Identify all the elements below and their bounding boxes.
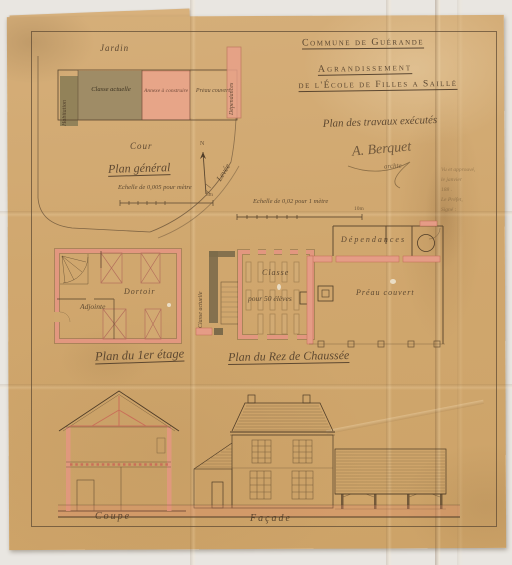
preau-roof-shading xyxy=(336,452,445,491)
court-wall-dark xyxy=(214,328,223,335)
approval-line: 188 . xyxy=(441,186,503,196)
label-dependances-general: Dépendances xyxy=(229,53,235,115)
caption-rez-de-chaussee: Plan du Rez de Chaussée xyxy=(228,348,350,365)
stairs-steps xyxy=(221,287,240,317)
plot-boundary xyxy=(231,118,236,162)
section-wall-right xyxy=(167,427,172,511)
premier-etage-drawing xyxy=(54,249,182,344)
main-roof-shading xyxy=(234,406,331,430)
label-adjointe: Adjointe xyxy=(80,302,105,311)
wing-body xyxy=(194,469,232,508)
section-wall-left xyxy=(66,427,71,511)
caption-premier-etage: Plan du 1er étage xyxy=(95,346,185,364)
label-preau-rez: Préau couvert xyxy=(356,288,415,297)
rez-de-chaussee-drawing xyxy=(196,214,445,347)
coupe-drawing xyxy=(58,391,186,511)
label-dortoir: Dortoir xyxy=(124,287,155,296)
pillar xyxy=(318,286,333,301)
title-agrandissement: Agrandissement xyxy=(300,62,430,75)
label-habitation: Habitation xyxy=(62,80,68,126)
facade-drawing xyxy=(58,395,460,517)
label-dependances-rez: Dépendances xyxy=(341,235,406,244)
spiral-stair xyxy=(60,254,88,284)
chimney xyxy=(248,395,255,403)
wing-door xyxy=(212,482,223,508)
well-circle xyxy=(418,235,435,252)
approval-line: Signé : xyxy=(441,206,503,216)
label-capacite: pour 50 élèves xyxy=(248,294,292,303)
caption-plan-general: Plan général xyxy=(108,160,171,177)
door-swing xyxy=(429,228,440,239)
label-classe-actuelle-general: Classe actuelle xyxy=(82,86,140,93)
scale-end-general: 5m xyxy=(206,192,213,198)
classe-actuelle-block xyxy=(78,71,142,120)
pillar-inner xyxy=(322,290,329,297)
scale-end-detail: 10m xyxy=(354,206,364,212)
main-body xyxy=(232,435,333,508)
prefect-approval-note: Vu et approuvé, le janvier 188 . Le Préf… xyxy=(441,166,503,215)
scale-label-detail: Echelle de 0,02 pour 1 mètre xyxy=(253,198,328,205)
label-annexe: Annexe à construire xyxy=(141,88,191,94)
section-window xyxy=(157,438,165,453)
floor1-cross-boxes xyxy=(101,253,161,339)
scale-label-general: Echelle de 0,005 pour mètre xyxy=(118,184,192,191)
preau-roof-outline xyxy=(335,449,446,494)
title-commune: Commune de Guérande xyxy=(283,36,443,48)
post-braces xyxy=(343,494,440,497)
wing-roof-slope xyxy=(194,443,232,469)
existing-wall-dark xyxy=(209,251,235,257)
windows xyxy=(250,440,313,499)
court-wall-pink xyxy=(196,328,212,335)
scanned-architectural-drawing: Commune de Guérande Agrandissement de l'… xyxy=(0,0,512,565)
label-cour: Cour xyxy=(130,141,153,151)
annexe-block xyxy=(142,71,190,120)
approval-line: Vu et approuvé, xyxy=(441,166,503,176)
approval-line: le janvier xyxy=(441,176,503,186)
north-letter: N xyxy=(200,141,204,147)
scale-bar-detail xyxy=(237,214,362,220)
caption-facade: Façade xyxy=(250,513,292,524)
scale-bar-general xyxy=(120,200,213,206)
roof-truss xyxy=(70,396,168,426)
caption-coupe: Coupe xyxy=(95,511,131,522)
architect-role: archte xyxy=(384,162,402,171)
floor1-door-gap xyxy=(54,312,60,322)
approval-line: Le Préfet, xyxy=(441,196,503,206)
existing-wall-dark xyxy=(209,251,218,323)
label-classe-actuelle-rez: Classe actuelle xyxy=(198,266,204,328)
label-jardin: Jardin xyxy=(100,43,129,53)
stairs-outline xyxy=(221,282,240,324)
label-classe: Classe xyxy=(262,268,289,277)
chimney xyxy=(303,395,310,403)
floor1-door-swing xyxy=(60,312,70,322)
